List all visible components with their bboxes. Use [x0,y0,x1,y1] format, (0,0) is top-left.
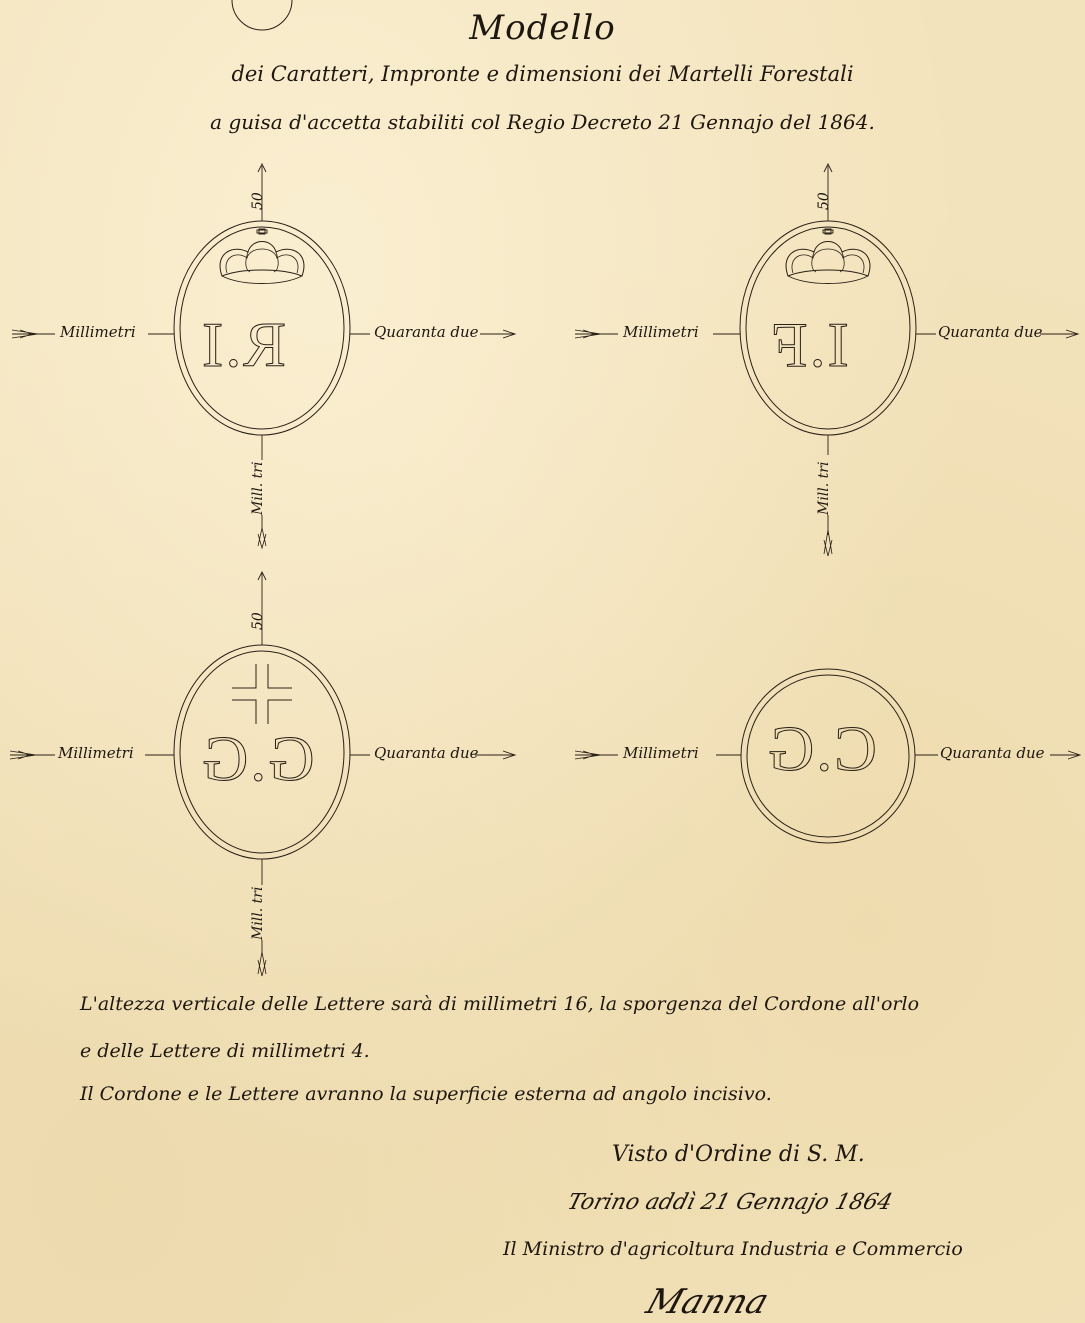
left-label-top-left: Millimetri [60,323,136,341]
monogram-top-left: R.I [200,308,286,382]
bottom-label-top-left: Mill. tri [250,462,266,515]
bottom-label-bottom-left: Mill. tri [250,887,266,940]
left-label-bottom-right: Millimetri [623,744,699,762]
monogram-bottom-left: G.G [200,722,314,796]
bottom-label-top-right: Mill. tri [816,462,832,515]
monogram-bottom-right: C.G [766,712,877,786]
minister-office-line: Il Ministro d'agricoltura Industria e Co… [503,1238,963,1260]
body-line-3: Il Cordone e le Lettere avranno la super… [80,1083,772,1105]
dimension-top-left: 50 [250,192,266,210]
dimension-top-right: 50 [816,192,832,210]
body-line-1: L'altezza verticale delle Lettere sarà d… [80,993,919,1015]
hammer-diagrams [0,0,1085,1323]
dimension-bottom-left: 50 [250,612,266,630]
left-label-top-right: Millimetri [623,323,699,341]
left-label-bottom-left: Millimetri [58,744,134,762]
right-label-top-left: Quaranta due [374,323,479,341]
body-line-2: e delle Lettere di millimetri 4. [80,1040,370,1062]
place-date-line: Torino addì 21 Gennajo 1864 [565,1190,895,1215]
monogram-top-right: I.F [770,308,849,382]
right-label-bottom-right: Quaranta due [940,744,1045,762]
visto-line: Visto d'Ordine di S. M. [612,1142,865,1167]
right-label-bottom-left: Quaranta due [374,744,479,762]
document-page: Modello dei Caratteri, Impronte e dimens… [0,0,1085,1323]
right-label-top-right: Quaranta due [938,323,1043,341]
signature-name: Manna [642,1282,774,1322]
